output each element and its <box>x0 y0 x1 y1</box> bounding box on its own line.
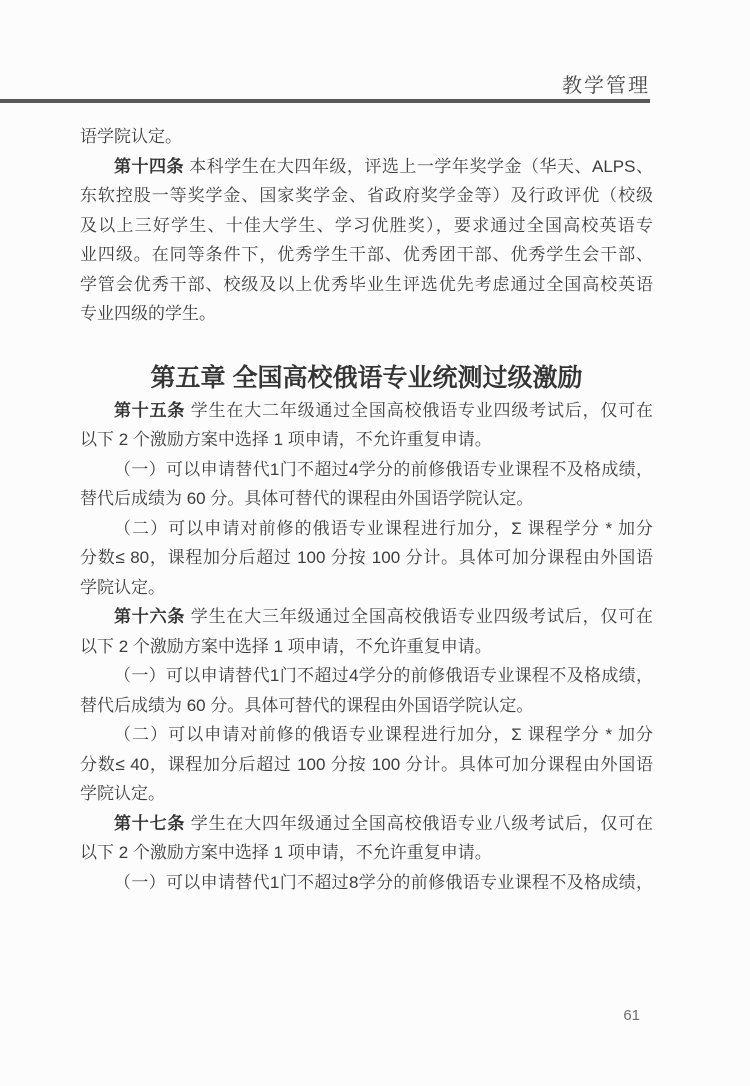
text-line: 第十四条 本科学生在大四年级，评选上一学年奖学金（华天、ALPS、 <box>80 152 653 182</box>
text-line: 分数≤ 40，课程加分后超过 100 分按 100 分计。具体可加分课程由外国语 <box>80 750 653 780</box>
chapter-heading: 第五章 全国高校俄语专业统测过级激励 <box>80 360 653 396</box>
document-body: 语学院认定。第十四条 本科学生在大四年级，评选上一学年奖学金（华天、ALPS、东… <box>80 122 653 897</box>
text-line: 东软控股一等奖学金、国家奖学金、省政府奖学金等）及行政评优（校级 <box>80 181 653 211</box>
text-line: 语学院认定。 <box>80 122 653 152</box>
text-line: 替代后成绩为 60 分。具体可替代的课程由外国语学院认定。 <box>80 484 653 514</box>
text-line: 学院认定。 <box>80 573 653 603</box>
text-line: 以下 2 个激励方案中选择 1 项申请，不允许重复申请。 <box>80 425 653 455</box>
text-line: 专业四级的学生。 <box>80 299 653 329</box>
article-number: 第十六条 <box>114 607 185 626</box>
text-line: （一）可以申请替代1门不超过4学分的前修俄语专业课程不及格成绩， <box>80 455 653 485</box>
text-line: 以下 2 个激励方案中选择 1 项申请，不允许重复申请。 <box>80 632 653 662</box>
text-line: 及以上三好学生、十佳大学生、学习优胜奖），要求通过全国高校英语专 <box>80 211 653 241</box>
text-line: 分数≤ 80，课程加分后超过 100 分按 100 分计。具体可加分课程由外国语 <box>80 543 653 573</box>
text-line: 第十七条 学生在大四年级通过全国高校俄语专业八级考试后，仅可在 <box>80 809 653 839</box>
text-line: （一）可以申请替代1门不超过8学分的前修俄语专业课程不及格成绩， <box>80 868 653 898</box>
text-line: （一）可以申请替代1门不超过4学分的前修俄语专业课程不及格成绩， <box>80 661 653 691</box>
article-number: 第十七条 <box>114 814 185 833</box>
header-rule <box>0 99 650 103</box>
text-line: 替代后成绩为 60 分。具体可替代的课程由外国语学院认定。 <box>80 691 653 721</box>
text-line: 第十六条 学生在大三年级通过全国高校俄语专业四级考试后，仅可在 <box>80 602 653 632</box>
document-page: 教学管理 语学院认定。第十四条 本科学生在大四年级，评选上一学年奖学金（华天、A… <box>0 0 750 1086</box>
text-line: 学管会优秀干部、校级及以上优秀毕业生评选优先考虑通过全国高校英语 <box>80 270 653 300</box>
article-number: 第十四条 <box>114 157 184 176</box>
text-line: 以下 2 个激励方案中选择 1 项申请，不允许重复申请。 <box>80 838 653 868</box>
text-line: （二）可以申请对前修的俄语专业课程进行加分，Σ 课程学分 * 加分 <box>80 720 653 750</box>
text-line: （二）可以申请对前修的俄语专业课程进行加分，Σ 课程学分 * 加分 <box>80 514 653 544</box>
page-header-title: 教学管理 <box>0 69 650 98</box>
text-line: 业四级。在同等条件下，优秀学生干部、优秀团干部、优秀学生会干部、 <box>80 240 653 270</box>
page-number: 61 <box>0 1007 640 1024</box>
text-line: 第十五条 学生在大二年级通过全国高校俄语专业四级考试后，仅可在 <box>80 396 653 426</box>
text-line: 学院认定。 <box>80 779 653 809</box>
article-number: 第十五条 <box>114 401 185 420</box>
